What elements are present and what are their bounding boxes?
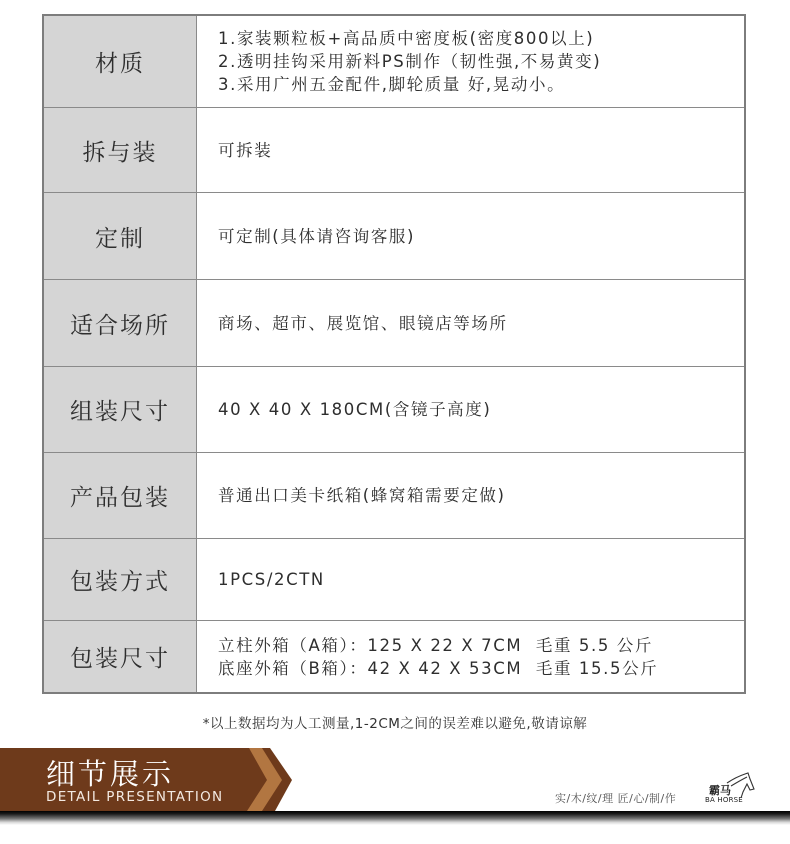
spec-value-line: 商场、超市、展览馆、眼镜店等场所 [218, 312, 744, 335]
spec-label: 定制 [44, 193, 197, 279]
detail-section-banner: 细节展示 DETAIL PRESENTATION [0, 748, 300, 811]
spec-value: 1PCS/2CTN [197, 539, 744, 620]
spec-row-custom: 定制 可定制(具体请咨询客服) [44, 193, 744, 280]
spec-row-assembly: 拆与装 可拆装 [44, 108, 744, 193]
spec-value: 普通出口美卡纸箱(蜂窝箱需要定做) [197, 453, 744, 538]
spec-value: 1.家装颗粒板+高品质中密度板(密度800以上) 2.透明挂钩采用新料PS制作（… [197, 16, 744, 107]
spec-table: 材质 1.家装颗粒板+高品质中密度板(密度800以上) 2.透明挂钩采用新料PS… [42, 14, 746, 694]
spec-value: 40 X 40 X 180CM(含镜子高度) [197, 367, 744, 452]
banner-title: 细节展示 [46, 752, 174, 793]
spec-label: 拆与装 [44, 108, 197, 192]
spec-value-line: 40 X 40 X 180CM(含镜子高度) [218, 398, 744, 421]
spec-value-line: 可拆装 [218, 139, 744, 162]
spec-value-line: 底座外箱（B箱）：42 X 42 X 53CM 毛重 15.5公斤 [218, 657, 744, 680]
spec-value: 商场、超市、展览馆、眼镜店等场所 [197, 280, 744, 366]
brand-logo: 霸马 BA HORSE [705, 771, 755, 807]
spec-label: 包装方式 [44, 539, 197, 620]
spec-value-line: 普通出口美卡纸箱(蜂窝箱需要定做) [218, 484, 744, 507]
section-divider-bar [0, 811, 790, 825]
spec-label: 材质 [44, 16, 197, 107]
spec-value: 可定制(具体请咨询客服) [197, 193, 744, 279]
spec-row-package-size: 包装尺寸 立柱外箱（A箱）：125 X 22 X 7CM 毛重 5.5 公斤 底… [44, 621, 744, 692]
spec-value-line: 1PCS/2CTN [218, 568, 744, 591]
spec-value-line: 立柱外箱（A箱）：125 X 22 X 7CM 毛重 5.5 公斤 [218, 634, 744, 657]
brand-tagline: 实/木/纹/理 匠/心/制/作 [555, 790, 676, 806]
measurement-footnote: *以上数据均为人工测量,1-2CM之间的误差难以避免,敬请谅解 [0, 712, 790, 732]
spec-value-line: 3.采用广州五金配件,脚轮质量 好,晃动小。 [218, 73, 744, 96]
spec-label: 适合场所 [44, 280, 197, 366]
spec-row-venue: 适合场所 商场、超市、展览馆、眼镜店等场所 [44, 280, 744, 367]
spec-value-line: 2.透明挂钩采用新料PS制作（韧性强,不易黄变) [218, 50, 744, 73]
spec-row-assembled-size: 组装尺寸 40 X 40 X 180CM(含镜子高度) [44, 367, 744, 453]
spec-row-packaging: 产品包装 普通出口美卡纸箱(蜂窝箱需要定做) [44, 453, 744, 539]
spec-value: 立柱外箱（A箱）：125 X 22 X 7CM 毛重 5.5 公斤 底座外箱（B… [197, 621, 744, 692]
spec-label: 包装尺寸 [44, 621, 197, 692]
spec-row-material: 材质 1.家装颗粒板+高品质中密度板(密度800以上) 2.透明挂钩采用新料PS… [44, 16, 744, 108]
spec-label: 组装尺寸 [44, 367, 197, 452]
spec-value-line: 可定制(具体请咨询客服) [218, 225, 744, 248]
brand-name-en: BA HORSE [705, 796, 743, 804]
spec-row-packing-method: 包装方式 1PCS/2CTN [44, 539, 744, 621]
spec-label: 产品包装 [44, 453, 197, 538]
spec-value: 可拆装 [197, 108, 744, 192]
spec-value-line: 1.家装颗粒板+高品质中密度板(密度800以上) [218, 27, 744, 50]
banner-subtitle: DETAIL PRESENTATION [46, 789, 223, 805]
